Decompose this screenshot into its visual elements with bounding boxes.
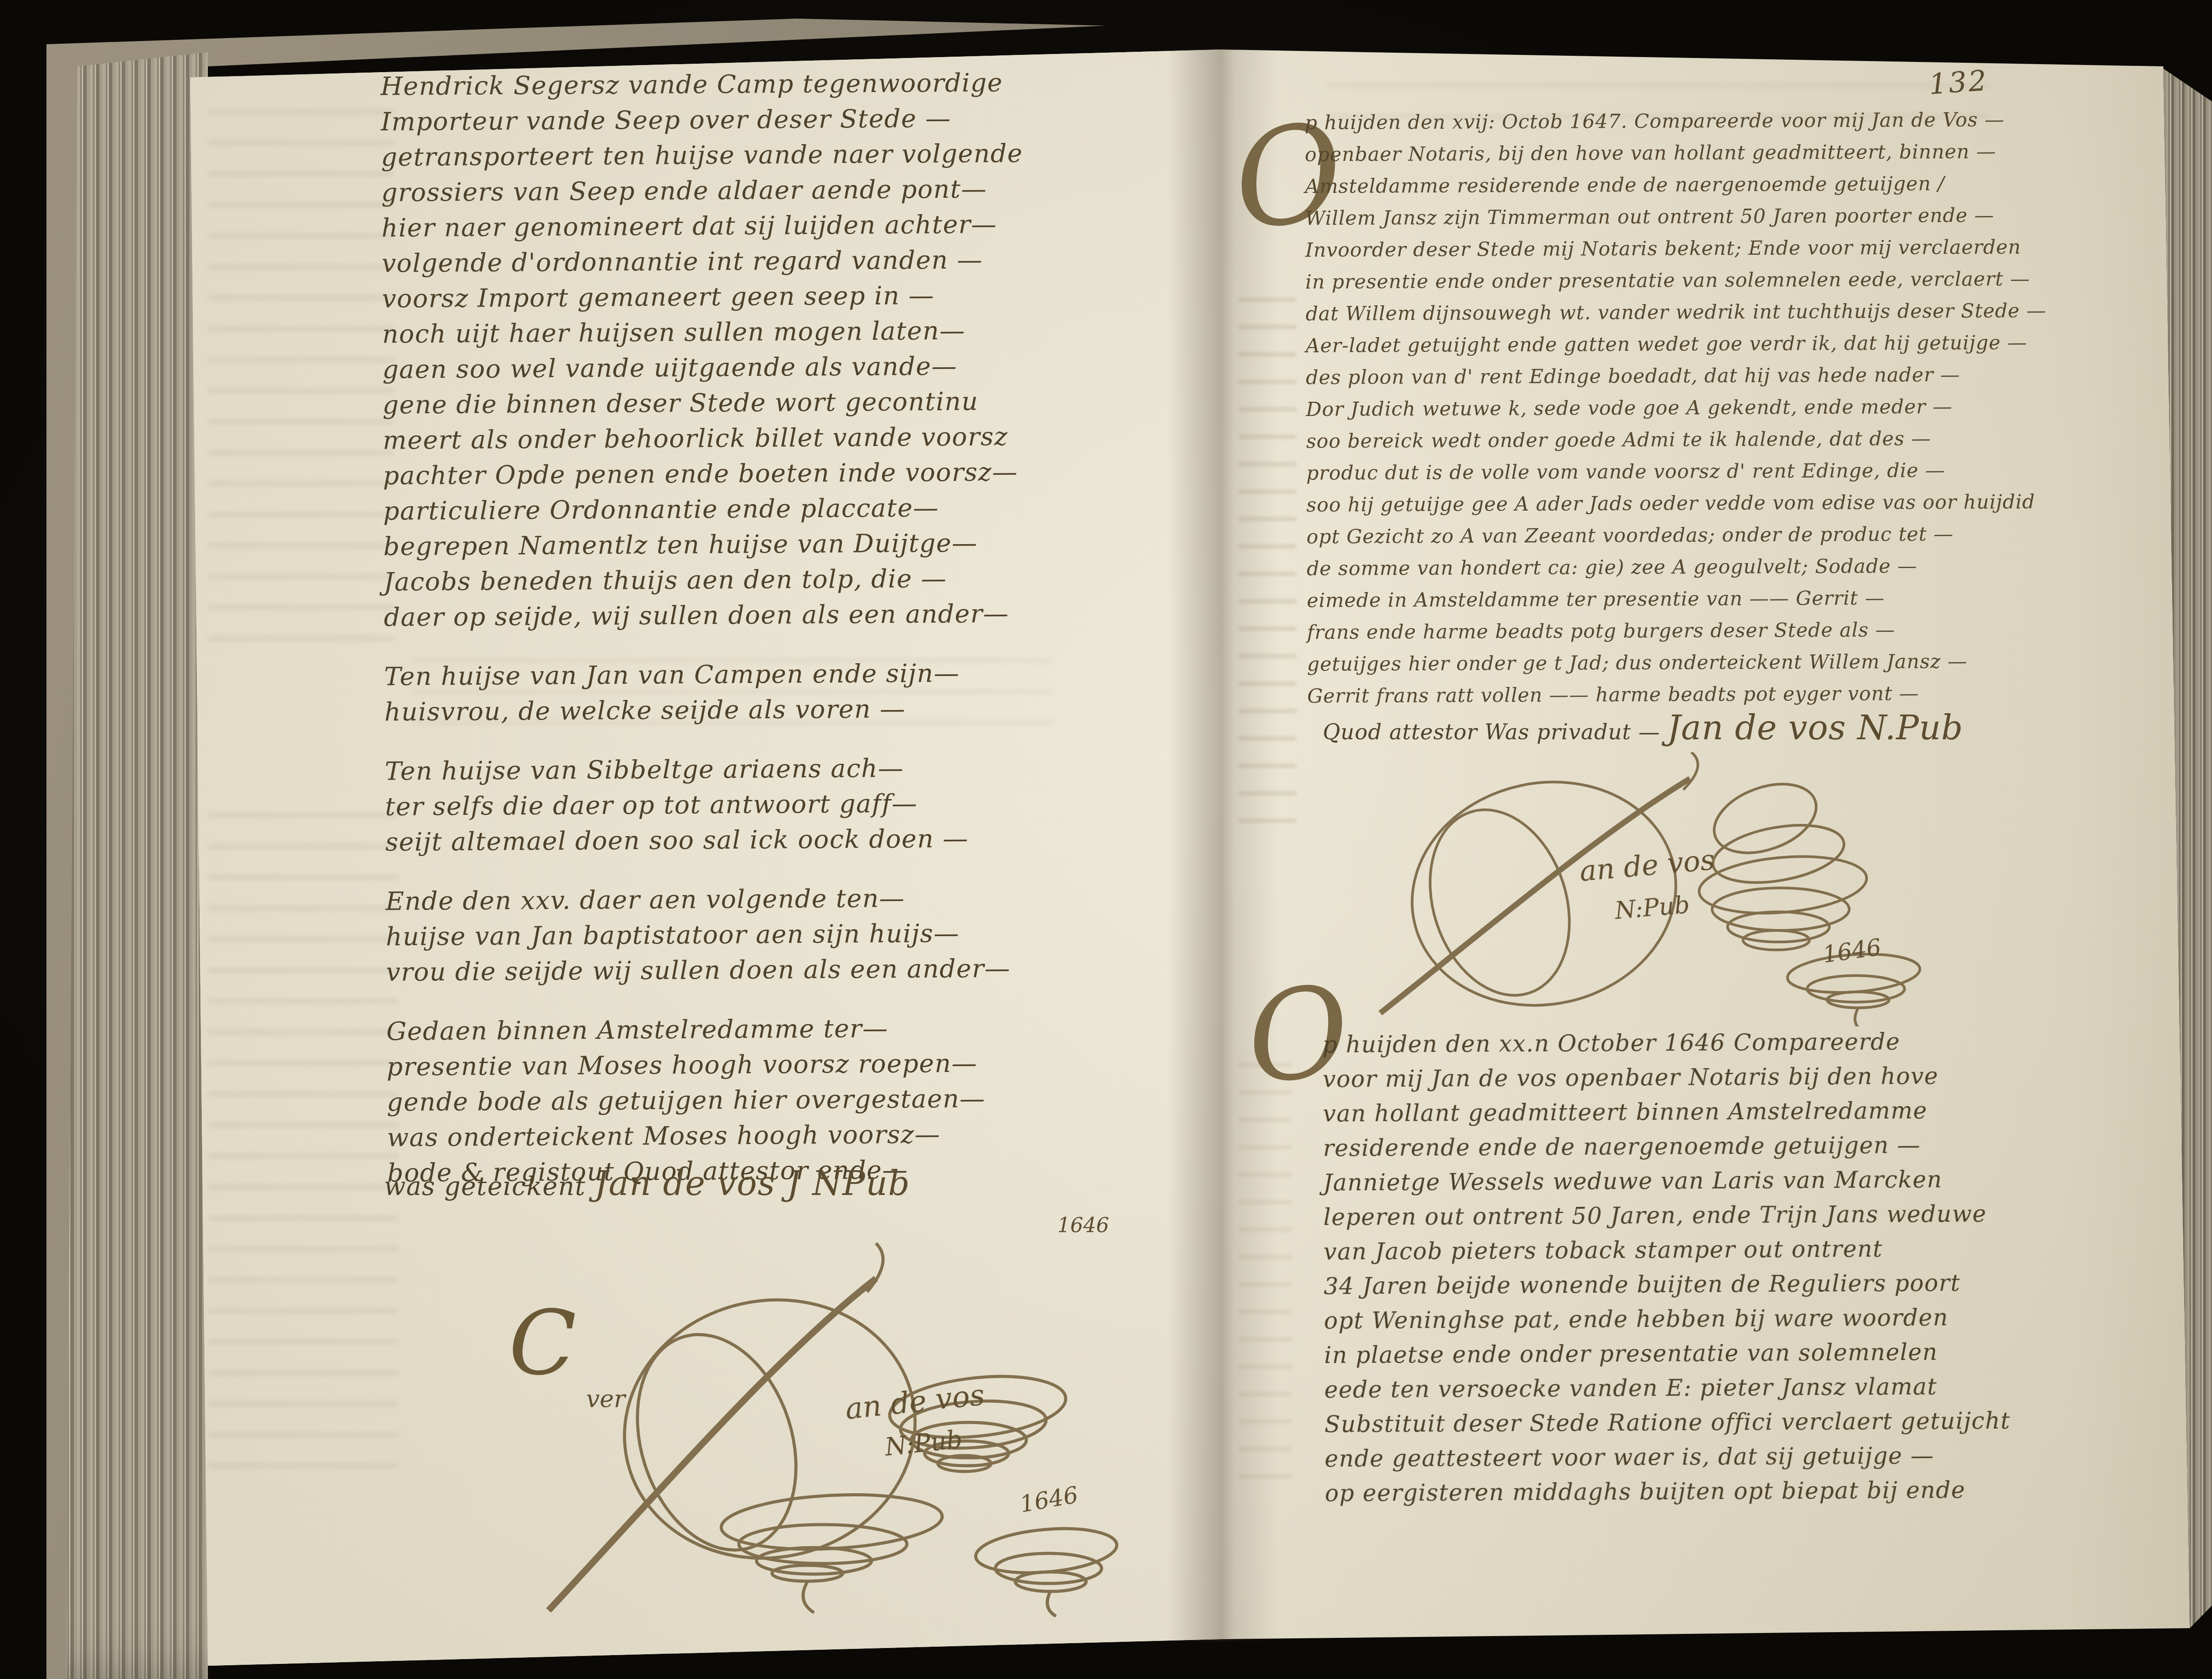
manuscript-line: presentie van Moses hoogh voorsz roepen—: [387, 1044, 1227, 1085]
collation-initial: C: [509, 1292, 576, 1395]
manuscript-line: eede ten versoecke vanden E: pieter Jans…: [1324, 1368, 2143, 1407]
manuscript-line: Gerrit frans ratt vollen —— harme beadts…: [1307, 677, 2148, 712]
manuscript-line: opt Weninghse pat, ende hebben bij ware …: [1324, 1299, 2142, 1338]
manuscript-line: Ten huijse van Sibbeltge ariaens ach—: [385, 749, 1225, 789]
manuscript-line: eimede in Amsteldamme ter presentie van …: [1307, 581, 2147, 617]
notary-signature-block-right: an de vos N:Pub 1646: [1354, 752, 2000, 1026]
manuscript-line: getransporteert ten huijse vande naer vo…: [381, 134, 1221, 175]
notary-paraph-flourish-icon: [1354, 752, 2000, 1026]
attestation-prefix: Quod attestor Was privadut —: [1323, 720, 1667, 745]
manuscript-line: leperen out ontrent 50 Jaren, ende Trijn…: [1323, 1196, 2142, 1235]
notary-name-inline: Jan de vos: [595, 1164, 776, 1203]
manuscript-line: produc dut is de volle vom vande voorsz …: [1306, 454, 2147, 489]
manuscript-line: daer op seijde, wij sullen doen als een …: [384, 595, 1224, 635]
manuscript-line: vrou die seijde wij sullen doen als een …: [386, 949, 1226, 990]
manuscript-line: Substituit deser Stede Ratione offici ve…: [1325, 1403, 2143, 1442]
manuscript-line: Importeur vande Seep over deser Stede —: [381, 99, 1221, 140]
manuscript-paragraph: Hendrick Segersz vande Camp tegenwoordig…: [380, 64, 1225, 635]
manuscript-line: Ten huijse van Jan van Campen ende sijn—: [384, 654, 1225, 695]
manuscript-line: Amsteldamme residerende ende de naergeno…: [1305, 167, 2146, 203]
manuscript-line: p huijden den xvij: Octob 1647. Comparee…: [1305, 104, 2145, 139]
manuscript-paragraph: Ende den xxv. daer aen volgende ten—huij…: [385, 879, 1226, 990]
manuscript-line: Dor Judich wetuwe k, sede vode goe A gek…: [1306, 390, 2147, 426]
manuscript-line: begrepen Namentlz ten huijse van Duijtge…: [383, 524, 1224, 565]
notary-paraph-flourish-icon: [495, 1239, 1186, 1628]
closing-prefix: was geteickent: [384, 1172, 595, 1201]
collation-suffix: ver: [586, 1385, 625, 1413]
manuscript-line: noch uijt haer huijsen sullen mogen late…: [382, 311, 1223, 352]
manuscript-line: dat Willem dijnsouwegh wt. vander wedrik…: [1306, 295, 2146, 330]
manuscript-line: ende geattesteert voor waer is, dat sij …: [1325, 1437, 2143, 1476]
manuscript-line: Invoorder deser Stede mij Notaris bekent…: [1305, 231, 2146, 266]
manuscript-line: voor mij Jan de vos openbaer Notaris bij…: [1323, 1058, 2141, 1097]
manuscript-line: pachter Opde penen ende boeten inde voor…: [383, 453, 1223, 494]
manuscript-paragraph: Ten huijse van Jan van Campen ende sijn—…: [384, 654, 1225, 730]
manuscript-line: gene die binnen deser Stede wort geconti…: [383, 382, 1223, 423]
manuscript-line: gende bode als getuijgen hier overgestae…: [387, 1080, 1227, 1120]
notary-signature-block-left: C ver an de vos N:Pub 1646: [495, 1239, 1186, 1628]
book-photograph: 132 Hendrick Segersz vande Camp tegenwoo…: [0, 0, 2212, 1679]
manuscript-line: huisvrou, de welcke seijde als voren —: [384, 689, 1225, 730]
manuscript-line: soo hij getuijge gee A ader Jads oeder v…: [1306, 486, 2147, 521]
manuscript-line: hier naer genomineert dat sij luijden ac…: [381, 205, 1222, 246]
manuscript-line: Jacobs beneden thuijs aen den tolp, die …: [384, 559, 1224, 600]
right-page-act2-text: p huijden den xx.n October 1646 Comparee…: [1322, 1023, 2143, 1511]
left-page-text: Hendrick Segersz vande Camp tegenwoordig…: [380, 64, 1228, 1215]
notary-name-inline: Jan de vos: [1667, 708, 1846, 747]
manuscript-line: meert als onder behoorlick billet vande …: [383, 418, 1223, 458]
manuscript-line: was onderteickent Moses hoogh voorsz—: [387, 1115, 1228, 1156]
manuscript-line: Ende den xxv. daer aen volgende ten—: [385, 879, 1226, 919]
manuscript-line: de somme van hondert ca: gie) zee A geog…: [1306, 549, 2147, 585]
manuscript-line: p huijden den xx.n October 1646 Comparee…: [1322, 1023, 2141, 1062]
manuscript-line: des ploon van d' rent Edinge boedadt, da…: [1306, 358, 2147, 394]
manuscript-line: getuijges hier onder ge t Jad; dus onder…: [1307, 645, 2147, 680]
year-annotation: 1646: [1057, 1213, 1109, 1237]
act1-attestation-line: Quod attestor Was privadut — Jan de vos …: [1323, 708, 1963, 747]
manuscript-line: openbaer Notaris, bij den hove van holla…: [1305, 135, 2145, 171]
manuscript-line: Willem Jansz zijn Timmerman out ontrent …: [1305, 199, 2146, 234]
manuscript-line: in presentie ende onder presentatie van …: [1306, 263, 2146, 298]
notary-title-inline: N.Pub: [1846, 708, 1963, 747]
manuscript-line: huijse van Jan baptistatoor aen sijn hui…: [386, 914, 1226, 955]
manuscript-line: 34 Jaren beijde wonende buijten de Regul…: [1324, 1265, 2142, 1304]
manuscript-line: voorsz Import gemaneert geen seep in —: [382, 276, 1222, 317]
manuscript-line: Hendrick Segersz vande Camp tegenwoordig…: [380, 64, 1221, 104]
manuscript-line: Aer-ladet getuijght ende gatten wedet go…: [1306, 327, 2146, 362]
manuscript-line: op eergisteren middaghs buijten opt biep…: [1325, 1472, 2143, 1511]
folio-number: 132: [1928, 64, 1989, 101]
right-page-act1-text: p huijden den xvij: Octob 1647. Comparee…: [1305, 104, 2148, 712]
manuscript-line: grossiers van Seep ende aldaer aende pon…: [381, 170, 1222, 211]
manuscript-line: van Jacob pieters toback stamper out ont…: [1324, 1230, 2142, 1269]
manuscript-line: in plaetse ende onder presentatie van so…: [1324, 1334, 2143, 1373]
manuscript-line: soo bereick wedt onder goede Admi te ik …: [1306, 422, 2147, 457]
manuscript-line: Jannietge Wessels weduwe van Laris van M…: [1323, 1161, 2142, 1200]
manuscript-paragraph: Ten huijse van Sibbeltge ariaens ach—ter…: [385, 749, 1226, 860]
manuscript-line: residerende ende de naergenoemde getuijg…: [1323, 1127, 2141, 1166]
manuscript-line: volgende d'ordonnantie int regard vanden…: [382, 241, 1222, 281]
manuscript-line: gaen soo wel vande uijtgaende als vande—: [382, 347, 1223, 388]
manuscript-line: ter selfs die daer op tot antwoort gaff—: [385, 784, 1225, 825]
manuscript-line: Gedaen binnen Amstelredamme ter—: [386, 1009, 1227, 1049]
manuscript-line: particuliere Ordonnantie ende placcate—: [383, 488, 1224, 529]
manuscript-line: opt Gezicht zo A van Zeeant voordedas; o…: [1306, 518, 2147, 553]
notary-title-inline: J NPub: [776, 1164, 910, 1203]
manuscript-line: frans ende harme beadts potg burgers des…: [1307, 613, 2147, 649]
left-page-closing-line: was geteickent Jan de vos J NPub: [384, 1164, 910, 1203]
manuscript-line: seijt altemael doen soo sal ick oock doe…: [385, 819, 1226, 860]
manuscript-line: van hollant geadmitteert binnen Amstelre…: [1323, 1092, 2141, 1131]
